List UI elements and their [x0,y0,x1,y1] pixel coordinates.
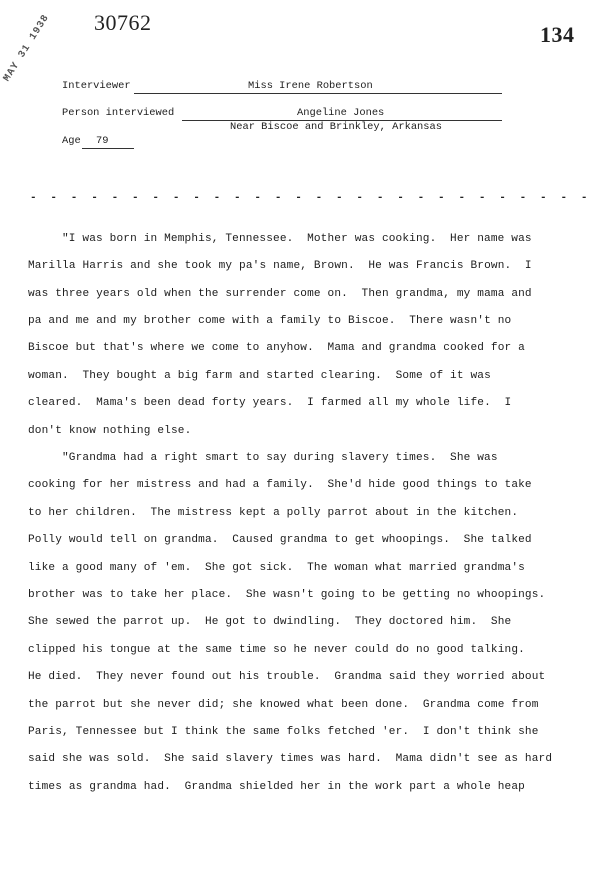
body-line: "Grandma had a right smart to say during… [62,452,498,464]
body-line: Polly would tell on grandma. Caused gran… [28,534,532,546]
person-interviewed-value: Angeline Jones [297,107,384,119]
body-line: Marilla Harris and she took my pa's name… [28,260,532,272]
body-line: Biscoe but that's where we come to anyho… [28,342,525,354]
body-line: to her children. The mistress kept a pol… [28,507,518,519]
interviewer-label: Interviewer [62,80,131,92]
age-value: 79 [96,135,108,147]
body-line: don't know nothing else. [28,425,191,437]
body-line: Paris, Tennessee but I think the same fo… [28,726,539,738]
body-line: cooking for her mistress and had a famil… [28,479,532,491]
body-line: the parrot but she never did; she knowed… [28,699,539,711]
body-line: cleared. Mama's been dead forty years. I… [28,397,511,409]
interviewer-value: Miss Irene Robertson [248,80,373,92]
age-underline [82,148,134,149]
location-value: Near Biscoe and Brinkley, Arkansas [230,121,442,133]
interviewer-underline [134,93,502,94]
body-line: like a good many of 'em. She got sick. T… [28,562,525,574]
date-stamp: MAY 31 1938 [2,13,52,84]
body-line: woman. They bought a big farm and starte… [28,370,491,382]
person-interviewed-label: Person interviewed [62,107,174,119]
age-label: Age [62,135,81,147]
body-line: times as grandma had. Grandma shielded h… [28,781,525,793]
body-line: pa and me and my brother come with a fam… [28,315,511,327]
page-number: 134 [540,22,575,48]
body-line: "I was born in Memphis, Tennessee. Mothe… [62,233,532,245]
body-line: He died. They never found out his troubl… [28,671,545,683]
body-line: clipped his tongue at the same time so h… [28,644,525,656]
body-line: was three years old when the surrender c… [28,288,532,300]
dashed-separator: - - - - - - - - - - - - - - - - - - - - … [30,192,600,204]
body-line: said she was sold. She said slavery time… [28,753,552,765]
body-line: She sewed the parrot up. He got to dwind… [28,616,511,628]
body-line: brother was to take her place. She wasn'… [28,589,545,601]
document-number: 30762 [94,10,152,36]
